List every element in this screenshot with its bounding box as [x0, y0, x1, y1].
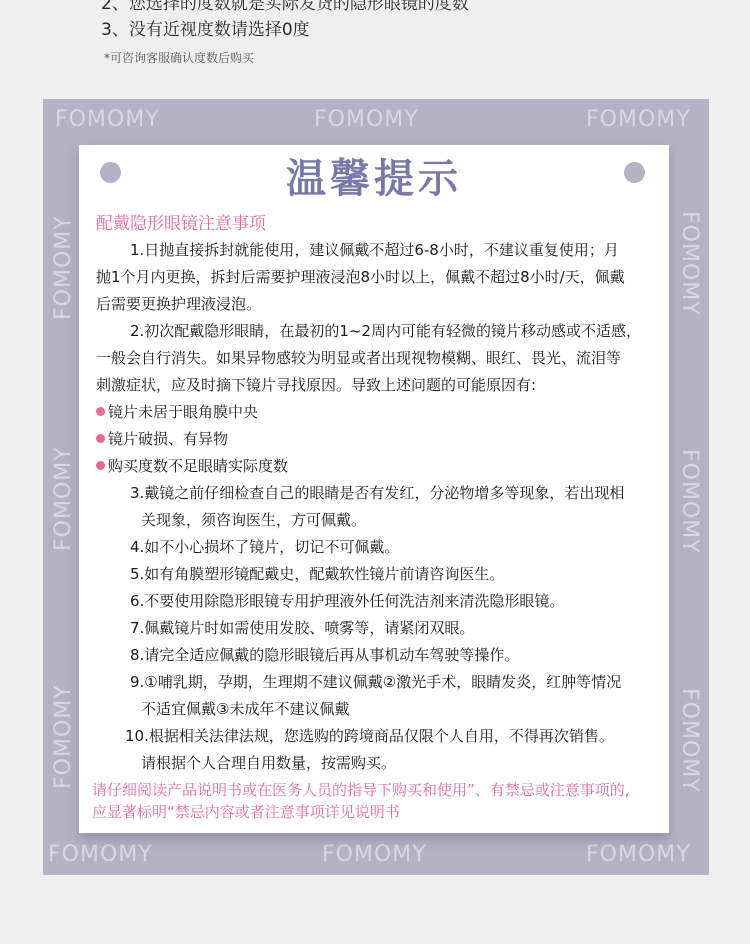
note-item-5: 5.如有角膜塑形镜配戴史，配戴软性镜片前请咨询医生。: [96, 561, 656, 588]
note-line-3: 3、没有近视度数请选择0度: [101, 17, 701, 43]
paragraph-1-line-3: 后需要更换护理液浸泡。: [96, 291, 656, 318]
tips-frame: FOMOMY FOMOMY FOMOMY FOMOMY FOMOMY FOMOM…: [43, 99, 709, 875]
note-consult: *可咨询客服确认度数后购买: [104, 48, 701, 68]
watermark-bottom-right: FOMOMY: [586, 843, 691, 867]
bullet-dot-icon: [96, 434, 105, 443]
cause-bullet: 镜片未居于眼角膜中央: [96, 399, 656, 426]
watermark-top-right: FOMOMY: [586, 108, 691, 132]
note-item-10: 10.根据相关法律法规，您选购的跨境商品仅限个人自用，不得再次销售。: [96, 723, 656, 750]
note-item-4: 4.如不小心损坏了镜片，切记不可佩戴。: [96, 534, 656, 561]
paragraph-1-line-2: 抛1个月内更换，拆封后需要护理液浸泡8小时以上，佩戴不超过8小时/天，佩戴: [96, 264, 656, 291]
watermark-right-1: FOMOMY: [677, 211, 701, 316]
note-item-10-cont: 请根据个人合理自用数量，按需购买。: [96, 750, 656, 777]
watermark-top-left: FOMOMY: [55, 108, 160, 132]
cause-bullet: 镜片破损、有异物: [96, 426, 656, 453]
card-content: 配戴隐形眼镜注意事项 1.日抛直接拆封就能使用，建议佩戴不超过6-8小时，不建议…: [96, 211, 656, 823]
note-item-9: 9.①哺乳期，孕期，生理期不建议佩戴②激光手术，眼睛发炎，红肿等情况: [96, 669, 656, 696]
watermark-left-3: FOMOMY: [52, 684, 76, 789]
note-line-2: 2、您选择的度数就是实际发货的隐形眼镜的度数: [101, 0, 701, 17]
cause-bullet: 购买度数不足眼睛实际度数: [96, 453, 656, 480]
warning-line-1: 请仔细阅读产品说明书或在医务人员的指导下购买和使用”、有禁忌或注意事项的,: [92, 779, 656, 801]
cause-text: 镜片破损、有异物: [108, 430, 228, 448]
watermark-top-center: FOMOMY: [314, 108, 419, 132]
card-title: 温馨提示: [79, 153, 669, 205]
note-item-9-cont: 不适宜佩戴③未成年不建议佩戴: [96, 696, 656, 723]
watermark-right-2: FOMOMY: [677, 449, 701, 554]
watermark-bottom-left: FOMOMY: [48, 843, 153, 867]
watermark-left-1: FOMOMY: [52, 215, 76, 320]
note-item-6: 6.不要使用除隐形眼镜专用护理液外任何洗洁剂来清洗隐形眼镜。: [96, 588, 656, 615]
note-item-3: 3.戴镜之前仔细检查自己的眼睛是否有发红，分泌物增多等现象，若出现相: [96, 480, 656, 507]
tips-card: 温馨提示 配戴隐形眼镜注意事项 1.日抛直接拆封就能使用，建议佩戴不超过6-8小…: [79, 145, 669, 833]
paragraph-2-line-1: 2.初次配戴隐形眼睛，在最初的1~2周内可能有轻微的镜片移动感或不适感，: [96, 318, 656, 345]
note-item-3-cont: 关现象，须咨询医生，方可佩戴。: [96, 507, 656, 534]
watermark-right-3: FOMOMY: [677, 688, 701, 793]
section-heading: 配戴隐形眼镜注意事项: [96, 211, 656, 237]
bullet-dot-icon: [96, 407, 105, 416]
note-item-7: 7.佩戴镜片时如需使用发胶、喷雾等，请紧闭双眼。: [96, 615, 656, 642]
paragraph-2-line-3: 刺激症状，应及时摘下镜片寻找原因。导致上述问题的可能原因有:: [96, 372, 656, 399]
paragraph-1-line-1: 1.日抛直接拆封就能使用，建议佩戴不超过6-8小时，不建议重复使用；月: [96, 237, 656, 264]
purchase-notes: 2、您选择的度数就是实际发货的隐形眼镜的度数 3、没有近视度数请选择0度 *可咨…: [101, 0, 701, 68]
note-item-8: 8.请完全适应佩戴的隐形眼镜后再从事机动车驾驶等操作。: [96, 642, 656, 669]
cause-text: 镜片未居于眼角膜中央: [108, 403, 258, 421]
watermark-bottom-center: FOMOMY: [322, 843, 427, 867]
paragraph-2-line-2: 一般会自行消失。如果异物感较为明显或者出现视物模糊、眼红、畏光、流泪等: [96, 345, 656, 372]
watermark-left-2: FOMOMY: [52, 446, 76, 551]
warning-line-2: 应显著标明“禁忌内容或者注意事项详见说明书: [92, 801, 656, 823]
bullet-dot-icon: [96, 461, 105, 470]
cause-text: 购买度数不足眼睛实际度数: [108, 457, 288, 475]
